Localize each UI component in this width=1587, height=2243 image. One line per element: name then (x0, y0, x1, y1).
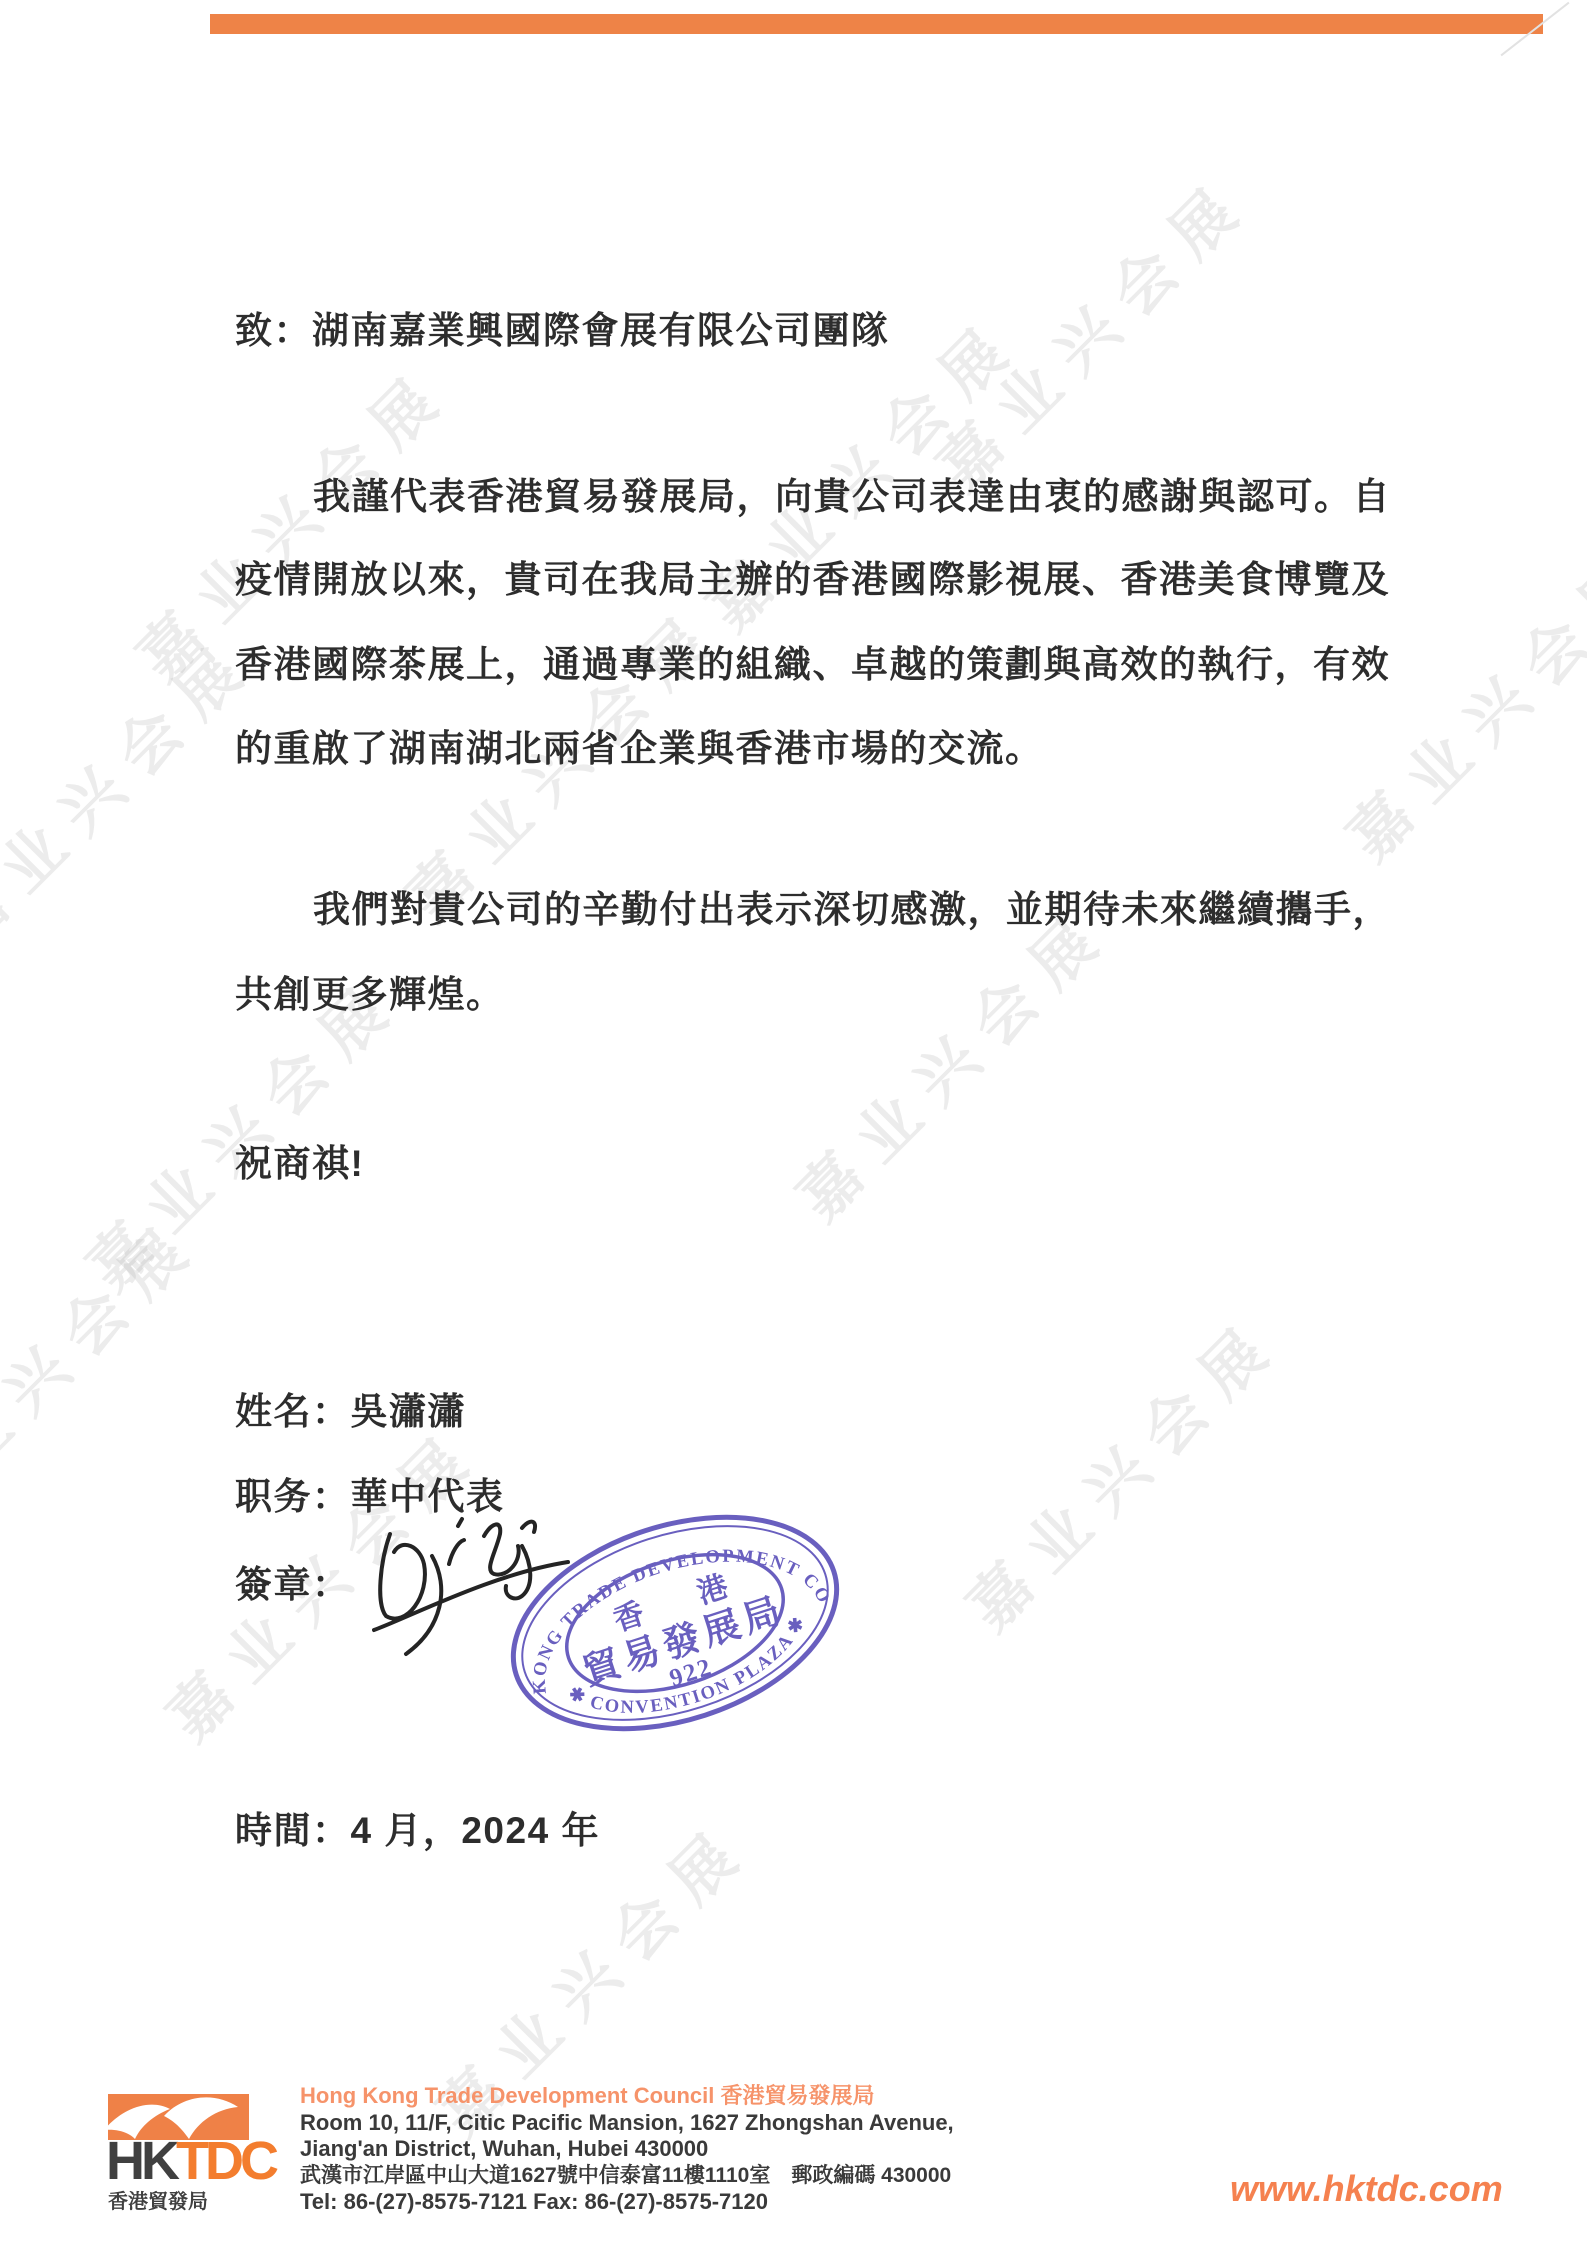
footer-address-cn: 武漢市江岸區中山大道1627號中信泰富11樓1110室 郵政編碼 430000 (300, 2163, 954, 2190)
watermark-text: 嘉业兴会展 (0, 1194, 216, 1547)
footer-tel-fax: Tel: 86-(27)-8575-7121 Fax: 86-(27)-8575… (300, 2189, 954, 2216)
stamp-cn-hong: 香 (610, 1597, 649, 1638)
footer-website-url: www.hktdc.com (1230, 2168, 1503, 2210)
paragraph1-line2: 疫情開放以來，貴司在我局主辦的香港國際影視展、香港美食博覽及 (235, 561, 1390, 598)
footer-address-block: Hong Kong Trade Development Council 香港貿易… (300, 2083, 954, 2216)
paragraph1-line1: 我謹代表香港貿易發展局，向貴公司表達由衷的感謝與認可。自 (313, 478, 1391, 515)
signer-name-line: 姓名：吳瀟瀟 (235, 1393, 466, 1430)
footer-org-line: Hong Kong Trade Development Council 香港貿易… (300, 2083, 954, 2110)
seal-label: 簽章： (235, 1566, 351, 1603)
paragraph2-line1: 我們對貴公司的辛勤付出表示深切感激，並期待未來繼續攜手， (313, 891, 1391, 928)
top-orange-rule (210, 14, 1543, 34)
watermark-text: 嘉业兴会展 (914, 154, 1267, 507)
official-stamp: HONG KONG TRADE DEVELOPMENT COUNCIL ✱ CO… (470, 1463, 880, 1783)
date-line: 時間：4 月，2024 年 (235, 1812, 600, 1849)
wordmark-hk: HK (106, 2131, 176, 2191)
footer-address-en1: Room 10, 11/F, Citic Pacific Mansion, 16… (300, 2110, 954, 2137)
letter-salutation: 致：湖南嘉業興國際會展有限公司團隊 (235, 312, 890, 349)
hktdc-chinese-name: 香港貿發局 (108, 2185, 250, 2214)
scanned-letter-page: 嘉业兴会展 嘉业兴会展 嘉业兴会展 嘉业兴会展 嘉业兴会展 嘉业兴会展 嘉业兴会… (0, 0, 1587, 2243)
letter-closing: 祝商祺! (235, 1145, 364, 1182)
watermark-text: 嘉业兴会展 (944, 1294, 1297, 1647)
paragraph2-line2: 共創更多輝煌。 (235, 976, 505, 1013)
watermark-text: 嘉业兴会展 (774, 884, 1127, 1237)
watermark-text: 嘉业兴会展 (0, 614, 271, 967)
stamp-cn-kong: 港 (693, 1570, 732, 1611)
paragraph1-line3: 香港國際茶展上，通過專業的組織、卓越的策劃與高效的執行，有效 (235, 646, 1390, 683)
signer-title-line: 职务：華中代表 (235, 1478, 505, 1515)
hktdc-chinese-name-text: 香港貿發局 (108, 2185, 208, 2214)
hktdc-wordmark: HKTDC (106, 2134, 256, 2188)
footer-address-en2: Jiang'an District, Wuhan, Hubei 430000 (300, 2136, 954, 2163)
wordmark-tdc: TDC (176, 2131, 275, 2191)
paragraph1-line4: 的重啟了湖南湖北兩省企業與香港市場的交流。 (235, 730, 1044, 767)
